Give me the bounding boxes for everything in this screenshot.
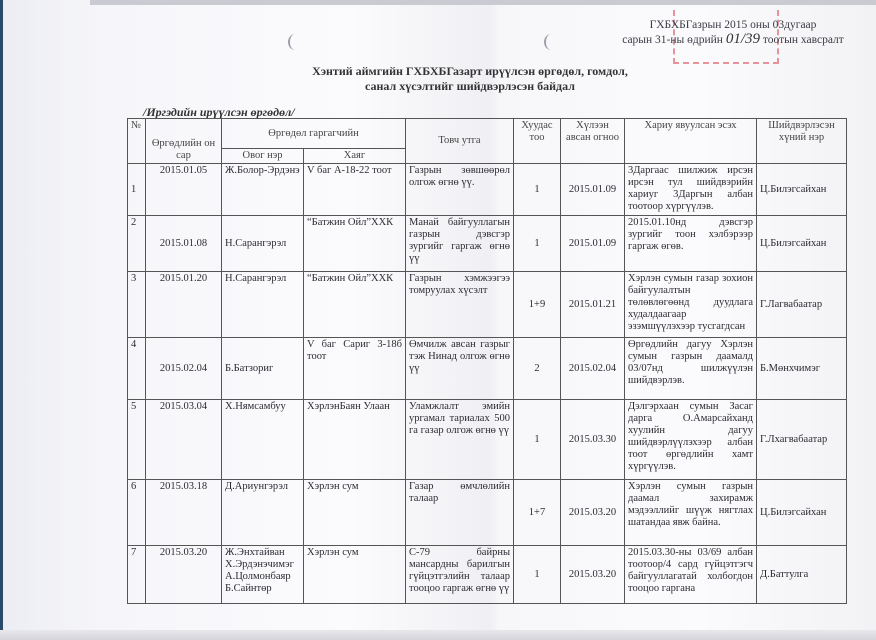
row-number: 7 [128, 546, 146, 604]
row-address: ХэрлэнБаян Улаан [304, 400, 406, 480]
row-date: 2015.01.20 [146, 272, 222, 338]
header-summary: Товч утга [406, 119, 514, 164]
row-summary: С-79 байрны мансардны барилгын гүйцэтгэл… [406, 546, 514, 604]
row-date: 2015.03.18 [146, 480, 222, 546]
row-pages: 1+7 [514, 480, 561, 546]
row-received-date: 2015.03.20 [561, 480, 625, 546]
header-name: Овог нэр [222, 149, 304, 164]
table-row: 42015.02.04Б.БатзоригV баг Сариг 3-18б т… [128, 338, 847, 400]
row-summary: Өмчилж авсан газрыг тэж Нинад олгож өгнө… [406, 338, 514, 400]
row-response: Дэлгэрхаан сумын Засаг дарга О.Амарсайха… [625, 400, 757, 480]
row-response: Хэрлэн сумын газар зохион байгуулалтын т… [625, 272, 757, 338]
row-summary: Газрын хэмжээгээ томруулах хүсэлт [406, 272, 514, 338]
row-summary: Газрын зөвшөөрөл олгож өгнө үү. [406, 164, 514, 216]
row-address: “Батжин Ойл”ХХК [304, 272, 406, 338]
punch-hole-mark [288, 34, 302, 50]
row-date: 2015.02.04 [146, 338, 222, 400]
row-address: V баг Сариг 3-18б тоот [304, 338, 406, 400]
header-resolver: Шийдвэрлэсэн хүний нэр [757, 119, 847, 164]
row-response: Хэрлэн сумын газрын даамал захирамж мэдэ… [625, 480, 757, 546]
row-summary: Уламжлалт эмийн ургамал тариалах 500 га … [406, 400, 514, 480]
document-title: Хэнтий аймгийн ГХБХБГазарт ирүүлсэн өргө… [300, 64, 640, 94]
row-response: 2015.03.30-ны 03/69 албан тоотоор/4 сард… [625, 546, 757, 604]
table-row: 62015.03.18Д.АриунгэрэлХэрлэн сумГазар ө… [128, 480, 847, 546]
row-applicant-name: Н.Сарангэрэл [222, 216, 304, 272]
row-resolver: Ц.Билэгсайхан [757, 480, 847, 546]
row-response: 3Даргаас шилжиж ирсэн ирсэн тул шийдвэри… [625, 164, 757, 216]
row-applicant-name: Н.Сарангэрэл [222, 272, 304, 338]
row-pages: 1 [514, 400, 561, 480]
row-number: 6 [128, 480, 146, 546]
row-date: 2015.03.04 [146, 400, 222, 480]
row-applicant-name: Д.Ариунгэрэл [222, 480, 304, 546]
row-summary: Манай байгууллагын газрын дэвсгэр зургий… [406, 216, 514, 272]
row-number: 4 [128, 338, 146, 400]
row-summary: Газар өмчлөлийн талаар [406, 480, 514, 546]
row-pages: 1 [514, 216, 561, 272]
table-row: 22015.01.08Н.Сарангэрэл“Батжин Ойл”ХХКМа… [128, 216, 847, 272]
row-date: 2015.03.20 [146, 546, 222, 604]
header-date: Өргөдлийн он сар [146, 119, 222, 164]
table-row: 72015.03.20Ж.Энхтайван Х.Эрдэнэчимэг А.Ц… [128, 546, 847, 604]
row-received-date: 2015.01.09 [561, 216, 625, 272]
header-applicant: Өргөдөл гаргагчийн [222, 119, 406, 149]
punch-hole-mark [544, 34, 558, 50]
row-number: 3 [128, 272, 146, 338]
row-received-date: 2015.02.04 [561, 338, 625, 400]
row-number: 5 [128, 400, 146, 480]
row-response: 2015.01.10нд дэвсгэр зургийг тоон хэлбэр… [625, 216, 757, 272]
row-resolver: Ц.Билэгсайхан [757, 164, 847, 216]
row-pages: 1 [514, 164, 561, 216]
row-received-date: 2015.01.09 [561, 164, 625, 216]
row-received-date: 2015.01.21 [561, 272, 625, 338]
row-resolver: Д.Баттулга [757, 546, 847, 604]
row-applicant-name: Ж.Энхтайван Х.Эрдэнэчимэг А.Цолмонбаяр Б… [222, 546, 304, 604]
row-resolver: Г.Лагвабаатар [757, 272, 847, 338]
header-pages: Хуудас тоо [514, 119, 561, 164]
row-applicant-name: Х.Нямсамбуу [222, 400, 304, 480]
petitions-table: № Өргөдлийн он сар Өргөдөл гаргагчийн То… [127, 118, 847, 604]
row-applicant-name: Ж.Болор-Эрдэнэ [222, 164, 304, 216]
row-pages: 1+9 [514, 272, 561, 338]
row-number: 1 [128, 164, 146, 216]
title-line-2: санал хүсэлтийг шийдвэрлэсэн байдал [300, 79, 640, 94]
header-response: Хариу явуулсан эсэх [625, 119, 757, 164]
table-row: 12015.01.05Ж.Болор-ЭрдэнэV баг А-18-22 т… [128, 164, 847, 216]
row-resolver: Б.Мөнхчимэг [757, 338, 847, 400]
row-number: 2 [128, 216, 146, 272]
row-applicant-name: Б.Батзориг [222, 338, 304, 400]
row-address: Хэрлэн сум [304, 546, 406, 604]
table-row: 32015.01.20Н.Сарангэрэл“Батжин Ойл”ХХКГа… [128, 272, 847, 338]
attachment-line-2: сарын 31-ны өдрийн 01/39 тоотын хавсралт [598, 32, 868, 47]
row-address: V баг А-18-22 тоот [304, 164, 406, 216]
row-pages: 1 [514, 546, 561, 604]
header-no: № [128, 119, 146, 164]
row-received-date: 2015.03.20 [561, 546, 625, 604]
scan-edge [0, 0, 3, 640]
header-address: Хаяг [304, 149, 406, 164]
row-date: 2015.01.05 [146, 164, 222, 216]
table-row: 52015.03.04Х.НямсамбууХэрлэнБаян УлаанУл… [128, 400, 847, 480]
scan-top-shadow [90, 0, 876, 5]
row-resolver: Г.Лхагвабаатар [757, 400, 847, 480]
row-address: “Батжин Ойл”ХХК [304, 216, 406, 272]
title-line-1: Хэнтий аймгийн ГХБХБГазарт ирүүлсэн өргө… [300, 64, 640, 79]
row-received-date: 2015.03.30 [561, 400, 625, 480]
row-pages: 2 [514, 338, 561, 400]
scan-bottom-shadow [0, 630, 876, 640]
row-date: 2015.01.08 [146, 216, 222, 272]
document-number: 01/39 [726, 31, 760, 47]
attachment-line-1: ГХБХБГазрын 2015 оны 03дугаар [598, 18, 868, 32]
row-resolver: Ц.Билэгсайхан [757, 216, 847, 272]
attachment-note: ГХБХБГазрын 2015 оны 03дугаар сарын 31-н… [598, 18, 868, 47]
row-address: Хэрлэн сум [304, 480, 406, 546]
row-response: Өргөдлийн дагуу Хэрлэн сумын газрын даам… [625, 338, 757, 400]
attachment-suffix: тоотын хавсралт [763, 34, 844, 46]
attachment-date-text: сарын 31-ны өдрийн [622, 34, 723, 46]
header-received: Хүлээн авсан огноо [561, 119, 625, 164]
